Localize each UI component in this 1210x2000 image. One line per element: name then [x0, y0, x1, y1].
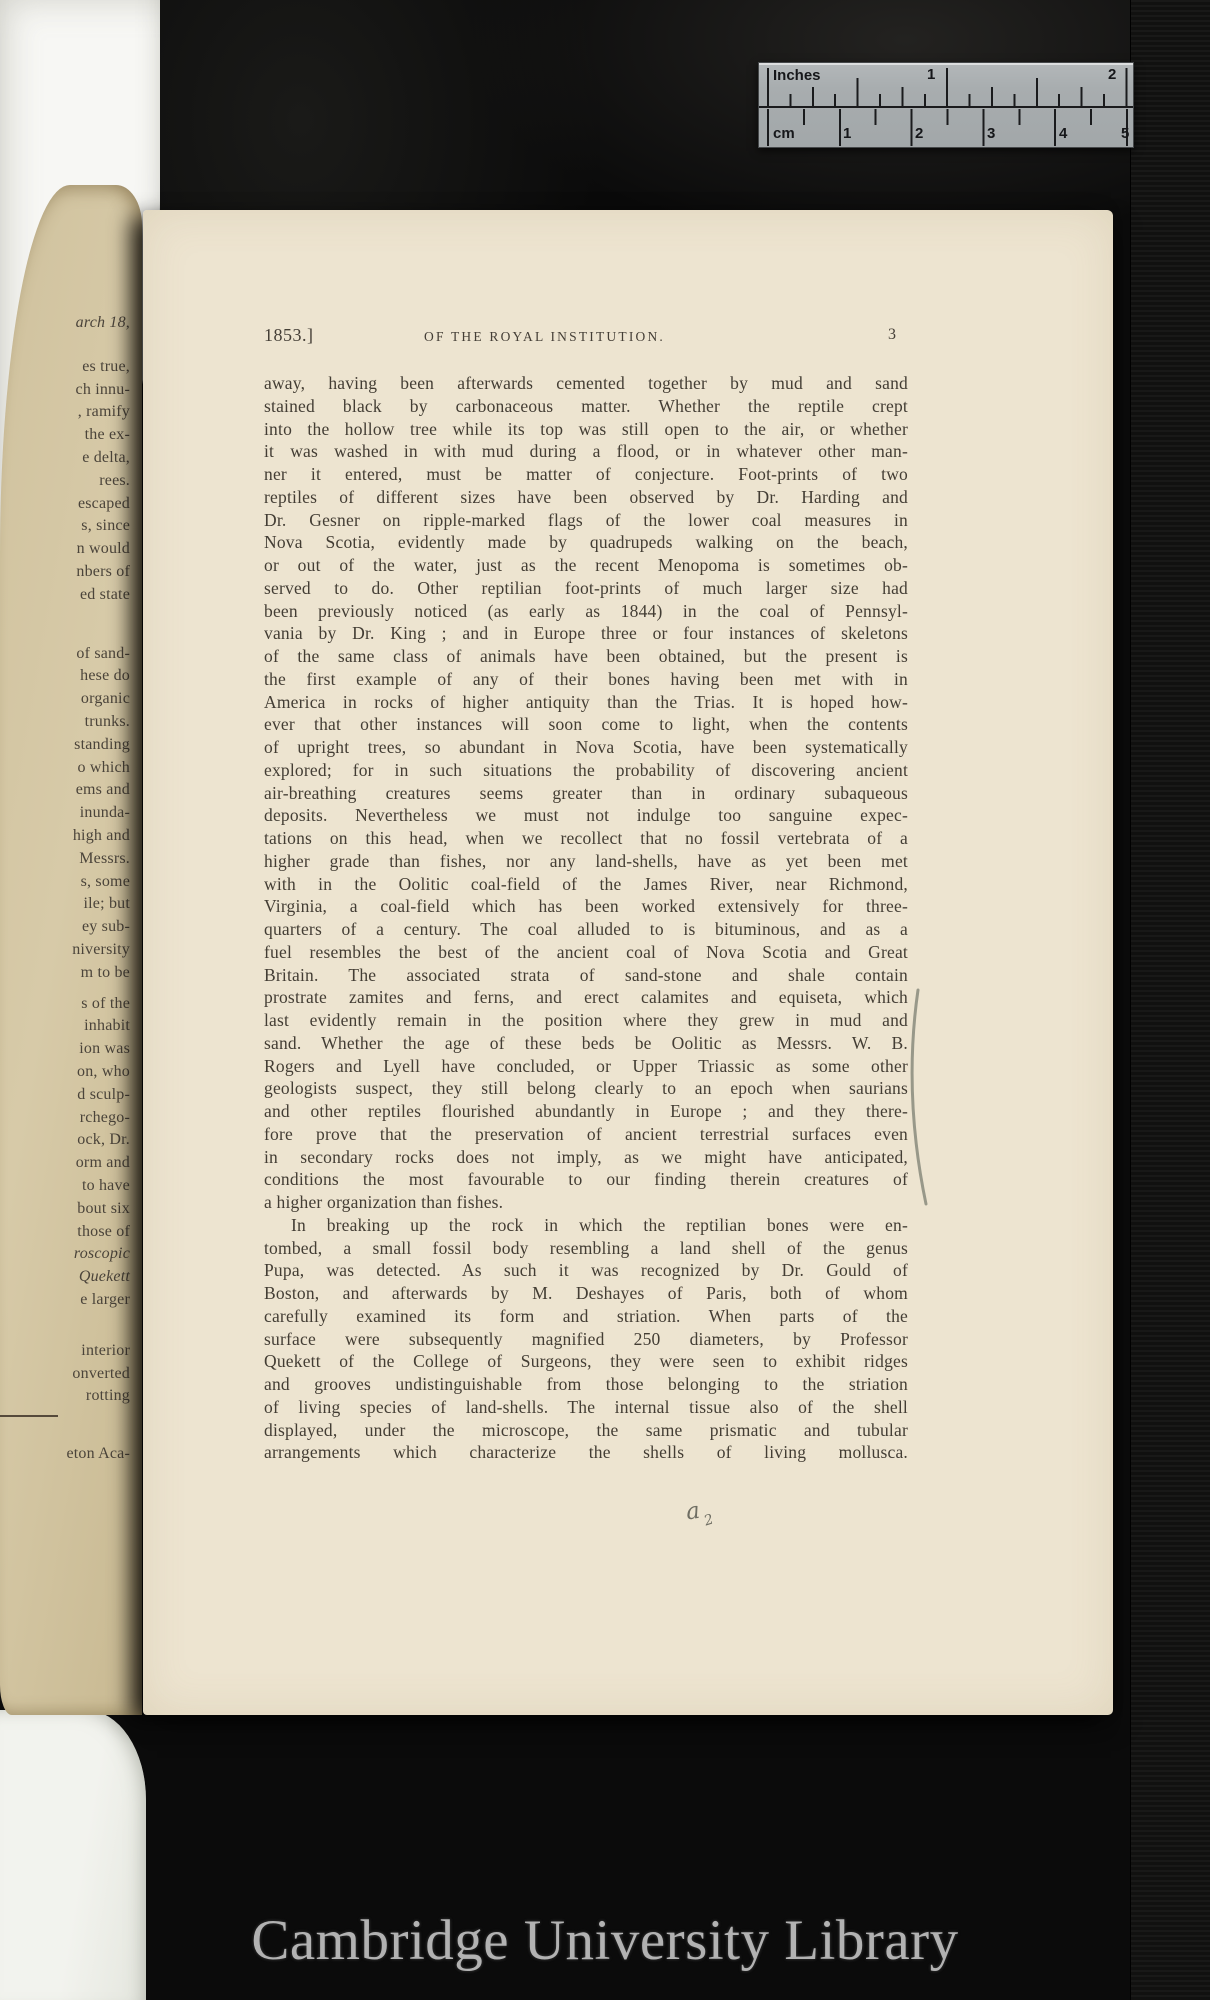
left-page-line: rotting [86, 1385, 130, 1407]
ruler-inch-2: 2 [1108, 66, 1116, 84]
scanned-book-photograph: { "watermark": { "text": "Cambridge Univ… [0, 0, 1210, 2000]
ruler-ticks-inch [767, 68, 1129, 107]
left-page-line: n would [77, 538, 130, 560]
pencil-note: a2 [684, 1497, 710, 1526]
left-page-line: to have [82, 1175, 130, 1197]
left-page-line: orm and [76, 1152, 130, 1174]
left-page-line: rchego- [80, 1107, 130, 1129]
ruler-cm-4: 4 [1059, 125, 1067, 143]
left-page-line: ems and [76, 779, 130, 801]
body-line: Virginia, a coal-field which has been wo… [264, 895, 908, 918]
ruler-center-line [759, 106, 1133, 108]
body-line: quarters of a century. The coal alluded … [264, 918, 908, 941]
left-page-line: ed state [80, 584, 130, 606]
body-line: the first example of any of their bones … [264, 668, 908, 691]
pencil-note-subscript: 2 [702, 1512, 715, 1530]
left-page-line: , ramify [78, 401, 130, 423]
left-page-line: onverted [72, 1363, 130, 1385]
body-line: of the same class of animals have been o… [264, 645, 908, 668]
left-page-line: s, since [81, 515, 130, 537]
body-line: last evidently remain in the position wh… [264, 1009, 908, 1032]
left-page-line: ey sub- [82, 916, 130, 938]
left-page-line: ch innu- [76, 379, 130, 401]
left-page-line: e larger [80, 1289, 130, 1311]
left-page-line: high and [73, 825, 130, 847]
left-page-line: inunda- [80, 802, 130, 824]
left-page-line: arch 18, [76, 312, 130, 334]
left-page-line: standing [74, 734, 130, 756]
background-cloth-band [1130, 0, 1210, 2000]
left-page-line: e delta, [82, 447, 130, 469]
body-text: away, having been afterwards cemented to… [264, 372, 908, 1472]
body-line: Rogers and Lyell have concluded, or Uppe… [264, 1055, 908, 1078]
body-line: tations on this head, when we recollect … [264, 827, 908, 850]
main-page: 1853.] OF THE ROYAL INSTITUTION. 3 away,… [143, 210, 1113, 1715]
left-page-line: rees. [99, 470, 130, 492]
body-line: into the hollow tree while its top was s… [264, 418, 908, 441]
measuring-ruler: Inches cm 1 2 1 2 3 4 5 [758, 62, 1134, 148]
ruler-ticks-cm [767, 109, 1129, 146]
body-line: of upright trees, so abundant in Nova Sc… [264, 736, 908, 759]
body-line: been previously noticed (as early as 184… [264, 600, 908, 623]
body-line: sand. Whether the age of these beds be O… [264, 1032, 908, 1055]
left-page-line: es true, [82, 356, 130, 378]
body-line: away, having been afterwards cemented to… [264, 372, 908, 395]
left-page-line: niversity [72, 939, 130, 961]
left-page-line: ion was [79, 1038, 130, 1060]
body-line: deposits. Nevertheless we must not indul… [264, 804, 908, 827]
ruler-inch-1: 1 [927, 66, 935, 84]
header-page-number: 3 [888, 323, 896, 347]
ruler-cm-5: 5 [1121, 125, 1129, 143]
left-page-line: s of the [81, 993, 130, 1015]
body-line: a higher organization than fishes. [264, 1191, 908, 1214]
body-line: in secondary rocks does not imply, as we… [264, 1146, 908, 1169]
left-page-line: of sand- [76, 643, 130, 665]
pencil-paren-mark [902, 986, 936, 1213]
left-page-line: Quekett [79, 1266, 130, 1288]
body-line: ever that other instances will soon come… [264, 713, 908, 736]
left-page-line: Messrs. [79, 848, 130, 870]
body-line: or out of the water, just as the recent … [264, 554, 908, 577]
body-line: higher grade than fishes, nor any land-s… [264, 850, 908, 873]
body-line: stained black by carbonaceous matter. Wh… [264, 395, 908, 418]
left-page-line: interior [81, 1340, 130, 1362]
ruler-cm-3: 3 [987, 125, 995, 143]
ruler-cm-label: cm [773, 125, 795, 143]
body-line: arrangements which characterize the shel… [264, 1441, 908, 1464]
body-line: it was washed in with mud during a flood… [264, 440, 908, 463]
body-line: America in rocks of higher antiquity tha… [264, 691, 908, 714]
body-line: and grooves undistinguishable from those… [264, 1373, 908, 1396]
header-title: OF THE ROYAL INSTITUTION. [424, 327, 665, 347]
left-page-line: those of [77, 1221, 130, 1243]
body-line: geologists suspect, they still belong cl… [264, 1077, 908, 1100]
library-watermark: Cambridge University Library [0, 1906, 1210, 1976]
left-page-line: eton Aca- [66, 1443, 130, 1465]
body-line: Nova Scotia, evidently made by quadruped… [264, 531, 908, 554]
body-line: vania by Dr. King ; and in Europe three … [264, 622, 908, 645]
left-page-line: s, some [81, 871, 130, 893]
body-line: Dr. Gesner on ripple-marked flags of the… [264, 509, 908, 532]
left-page-line: ile; but [84, 893, 130, 915]
ruler-inches-label: Inches [773, 67, 821, 85]
body-line: carefully examined its form and striatio… [264, 1305, 908, 1328]
footnote-rule [0, 1415, 58, 1417]
left-page-line: m to be [81, 962, 130, 984]
body-line: prostrate zamites and ferns, and erect c… [264, 986, 908, 1009]
body-line: fore prove that the preservation of anci… [264, 1123, 908, 1146]
left-page-fragment: arch 18,es true,ch innu-, ramifythe ex-e… [0, 185, 142, 1715]
left-page-line: the ex- [85, 424, 130, 446]
running-header: 1853.] OF THE ROYAL INSTITUTION. 3 [264, 322, 908, 350]
body-line: Pupa, was detected. As such it was recog… [264, 1259, 908, 1282]
left-page-line: o which [77, 757, 130, 779]
pencil-note-letter: a [684, 1498, 701, 1526]
body-line: Britain. The associated strata of sand-s… [264, 964, 908, 987]
left-page-line: escaped [78, 493, 130, 515]
left-page-line: ock, Dr. [77, 1129, 130, 1151]
left-page-line: roscopic [74, 1243, 130, 1265]
left-page-line: d sculp- [77, 1084, 130, 1106]
body-line: conditions the most favourable to our fi… [264, 1168, 908, 1191]
left-page-line: organic [81, 688, 130, 710]
body-line: ner it entered, must be matter of conjec… [264, 463, 908, 486]
body-line: served to do. Other reptilian foot-print… [264, 577, 908, 600]
left-page-line: nbers of [76, 561, 130, 583]
header-year: 1853.] [264, 322, 314, 348]
body-line: of living species of land-shells. The in… [264, 1396, 908, 1419]
body-line: explored; for in such situations the pro… [264, 759, 908, 782]
body-line: In breaking up the rock in which the rep… [264, 1214, 908, 1237]
body-line: with in the Oolitic coal-field of the Ja… [264, 873, 908, 896]
body-line: displayed, under the microscope, the sam… [264, 1419, 908, 1442]
body-line: Boston, and afterwards by M. Deshayes of… [264, 1282, 908, 1305]
ruler-cm-1: 1 [843, 125, 851, 143]
left-page-line: trunks. [85, 711, 130, 733]
ruler-cm-2: 2 [915, 125, 923, 143]
left-page-line: inhabit [84, 1015, 130, 1037]
left-page-line: hese do [80, 665, 130, 687]
body-line: tombed, a small fossil body resembling a… [264, 1237, 908, 1260]
body-line: fuel resembles the best of the ancient c… [264, 941, 908, 964]
body-line: reptiles of different sizes have been ob… [264, 486, 908, 509]
body-line: Quekett of the College of Surgeons, they… [264, 1350, 908, 1373]
body-line: surface were subsequently magnified 250 … [264, 1328, 908, 1351]
left-page-line: on, who [77, 1061, 130, 1083]
left-page-line: bout six [77, 1198, 130, 1220]
body-line: and other reptiles flourished abundantly… [264, 1100, 908, 1123]
left-page-text: arch 18,es true,ch innu-, ramifythe ex-e… [0, 310, 136, 1490]
body-line: air-breathing creatures seems greater th… [264, 782, 908, 805]
